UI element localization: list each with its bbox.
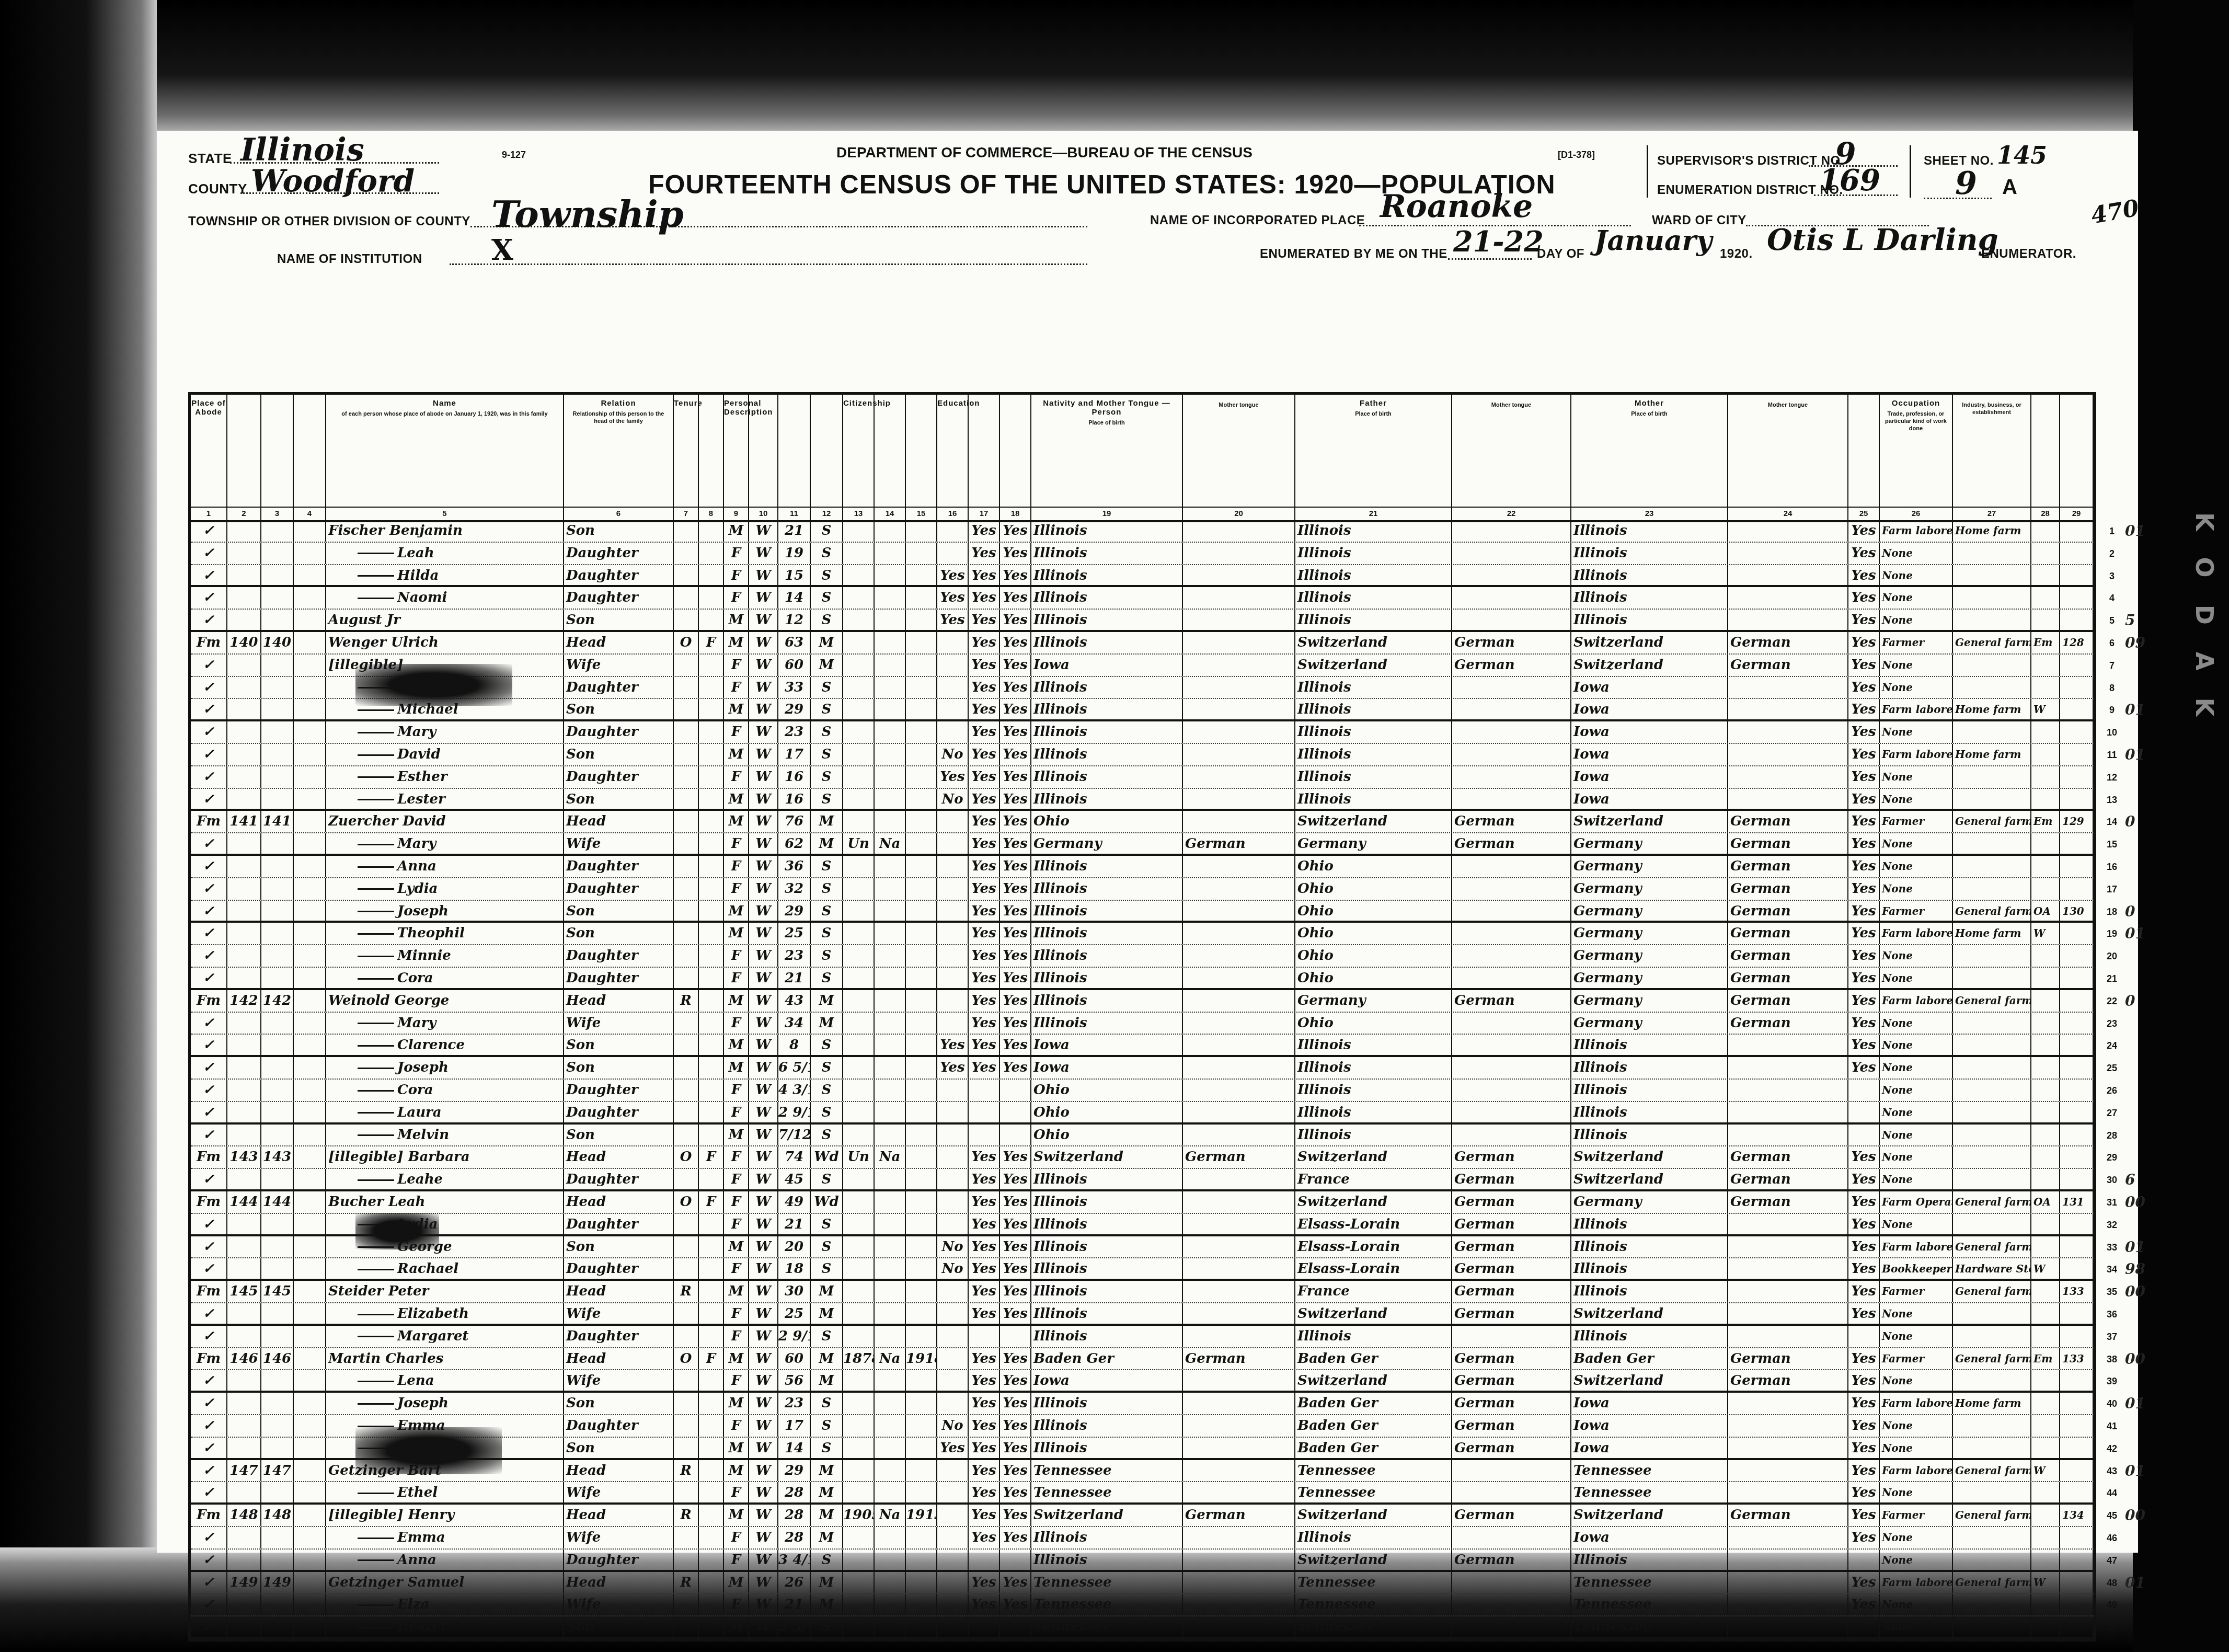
cell-farm — [2060, 543, 2094, 564]
cell-ms: S — [811, 1258, 843, 1279]
cell-farm — [2060, 923, 2094, 944]
cell-mt — [1183, 1393, 1295, 1414]
cell-fpb: Illinois — [1295, 699, 1452, 719]
column-group-label: Father — [1295, 395, 1451, 408]
cell-rd: Yes — [969, 520, 1000, 542]
cell-mmt — [1728, 1125, 1848, 1146]
cell-emp: OA — [2031, 901, 2060, 921]
column-number: 10 — [749, 507, 777, 518]
cell-sch: Yes — [937, 565, 969, 586]
form-code-right: [D1-378] — [1558, 150, 1595, 160]
cell-emp: W — [2031, 1572, 2060, 1593]
cell-fmt — [1452, 520, 1571, 542]
cell-fpb: Ohio — [1295, 878, 1452, 900]
cell-h: 140 — [227, 632, 261, 653]
cell-nat — [875, 721, 906, 743]
cell-name: Esther — [326, 766, 564, 788]
margin-code: 00 — [2125, 1191, 2167, 1213]
cell-mpb: Tennessee — [1571, 1616, 1728, 1637]
cell-mt — [1183, 1169, 1295, 1189]
cell-name: Laura — [326, 1102, 564, 1122]
cell-t — [674, 1258, 699, 1279]
column-header-9: Personal Description9 — [724, 395, 749, 520]
cell-emp — [2031, 744, 2060, 765]
cell-d — [261, 1214, 294, 1234]
cell-mmt — [1728, 610, 1848, 630]
column-header-8: 8 — [699, 395, 724, 520]
margin-code: 01 — [2125, 1572, 2167, 1594]
cell-sch: Yes — [937, 587, 969, 609]
cell-pb: Illinois — [1031, 923, 1183, 944]
cell-ind: General farm — [1953, 1460, 2031, 1482]
cell-rel: Daughter — [564, 1214, 674, 1234]
table-row: ✓DavidSonMW17SNoYesYesIllinoisIllinoisIo… — [191, 744, 2094, 766]
cell-wr: Yes — [1000, 655, 1031, 676]
cell-yn — [906, 901, 937, 921]
cell-fpb: Illinois — [1295, 543, 1452, 564]
cell-name: Ethel — [326, 1482, 564, 1502]
cell-rel: Son — [564, 744, 674, 765]
cell-h — [227, 1258, 261, 1279]
cell-rel: Son — [564, 1438, 674, 1458]
cell-farm — [2060, 1013, 2094, 1034]
cell-race: W — [749, 1281, 778, 1302]
cell-mmt — [1728, 565, 1848, 586]
cell-emp — [2031, 1393, 2060, 1414]
cell-fmt — [1452, 856, 1571, 877]
cell-f — [294, 677, 326, 698]
cell-fmt — [1452, 543, 1571, 564]
cell-occ: None — [1880, 945, 1953, 967]
cell-pb: Germany — [1031, 833, 1183, 854]
cell-eng: Yes — [1848, 543, 1880, 564]
table-row: ✓August JrSonMW12SYesYesYesIllinoisIllin… — [191, 610, 2094, 632]
column-label — [674, 408, 698, 414]
cell-pb: Illinois — [1031, 766, 1183, 788]
cell-fmt — [1452, 1594, 1571, 1615]
cell-ms: S — [811, 1550, 843, 1570]
cell-t — [674, 945, 699, 967]
cell-occ: None — [1880, 856, 1953, 877]
cell-ind — [1953, 1482, 2031, 1502]
cell-nat — [875, 856, 906, 877]
cell-t — [674, 610, 699, 630]
cell-t — [674, 1326, 699, 1347]
line-number: 45 — [2101, 1505, 2122, 1527]
cell-age: 36 — [778, 856, 811, 877]
line-number: 5 — [2101, 610, 2122, 632]
cell-t — [674, 1482, 699, 1502]
cell-ind — [1953, 1057, 2031, 1079]
cell-m — [699, 766, 724, 788]
cell-t: R — [674, 1460, 699, 1482]
cell-yn — [906, 721, 937, 743]
cell-sch — [937, 833, 969, 854]
table-row: ✓MargaretDaughterFW2 9/12SIllinoisIllino… — [191, 1326, 2094, 1348]
cell-yi — [843, 1035, 875, 1055]
ditto-dash — [358, 732, 394, 733]
cell-occ: None — [1880, 543, 1953, 564]
cell-fpb: Switzerland — [1295, 811, 1452, 832]
cell-t — [674, 1236, 699, 1258]
cell-m — [699, 1169, 724, 1189]
cell-d — [261, 1616, 294, 1637]
cell-mpb: Iowa — [1571, 1415, 1728, 1437]
column-header-16: Education16 — [937, 395, 969, 520]
cell-wr — [1000, 1326, 1031, 1347]
cell-t — [674, 587, 699, 609]
cell-rel: Son — [564, 520, 674, 542]
column-label — [778, 399, 810, 405]
cell-f — [294, 811, 326, 832]
cell-f — [294, 721, 326, 743]
cell-mmt — [1728, 1236, 1848, 1258]
ditto-dash — [358, 1627, 394, 1628]
cell-h — [227, 1482, 261, 1502]
cell-wr: Yes — [1000, 833, 1031, 854]
cell-ind — [1953, 655, 2031, 676]
cell-wr: Yes — [1000, 923, 1031, 944]
cell-rel: Daughter — [564, 856, 674, 877]
cell-mt — [1183, 968, 1295, 988]
cell-race: W — [749, 901, 778, 921]
cell-mmt: German — [1728, 833, 1848, 854]
cell-name: Theophil — [326, 923, 564, 944]
cell-st: ✓ — [191, 655, 227, 676]
cell-yn — [906, 1281, 937, 1302]
cell-sch — [937, 520, 969, 542]
column-group-label — [969, 395, 999, 399]
cell-sch — [937, 1594, 969, 1615]
cell-fpb: Tennessee — [1295, 1572, 1452, 1593]
cell-h — [227, 655, 261, 676]
cell-mt — [1183, 1080, 1295, 1101]
cell-t — [674, 1393, 699, 1414]
cell-yn — [906, 923, 937, 944]
cell-fpb: Elsass-Lorain — [1295, 1258, 1452, 1279]
cell-rd: Yes — [969, 1146, 1000, 1168]
cell-mmt — [1728, 1460, 1848, 1482]
cell-sex: M — [724, 1393, 749, 1414]
cell-rd: Yes — [969, 587, 1000, 609]
cell-rel: Head — [564, 1505, 674, 1526]
cell-nat: Na — [875, 1505, 906, 1526]
cell-sch — [937, 901, 969, 921]
cell-f — [294, 1616, 326, 1637]
cell-rel: Daughter — [564, 1550, 674, 1570]
cell-sex: F — [724, 1214, 749, 1234]
cell-ind — [1953, 856, 2031, 877]
cell-d — [261, 945, 294, 967]
line-number: 28 — [2101, 1125, 2122, 1146]
cell-sch — [937, 1616, 969, 1637]
cell-sch — [937, 945, 969, 967]
cell-st: ✓ — [191, 1236, 227, 1258]
cell-farm — [2060, 1035, 2094, 1055]
column-header-27: Industry, business, or establishment27 — [1953, 395, 2031, 520]
column-label — [724, 417, 748, 423]
cell-eng: Yes — [1848, 766, 1880, 788]
cell-pb: Illinois — [1031, 1281, 1183, 1302]
cell-occ: None — [1880, 789, 1953, 809]
cell-race: W — [749, 744, 778, 765]
cell-rd: Yes — [969, 632, 1000, 653]
township-label: Township or other division of county — [188, 214, 470, 229]
cell-yn — [906, 789, 937, 809]
cell-mpb: Germany — [1571, 990, 1728, 1012]
cell-occ: None — [1880, 1550, 1953, 1570]
cell-f — [294, 1035, 326, 1055]
column-header-29: 29 — [2060, 395, 2094, 520]
cell-age: 28 — [778, 1505, 811, 1526]
cell-m — [699, 1393, 724, 1414]
cell-st: ✓ — [191, 1550, 227, 1570]
cell-rd: Yes — [969, 1214, 1000, 1234]
cell-yn — [906, 1527, 937, 1548]
cell-h — [227, 587, 261, 609]
cell-mmt — [1728, 1572, 1848, 1593]
ditto-dash — [358, 799, 394, 800]
cell-nat — [875, 878, 906, 900]
cell-m: F — [699, 1348, 724, 1370]
cell-farm — [2060, 744, 2094, 765]
margin-code: 01 — [2125, 520, 2167, 542]
cell-name: Getzinger Samuel — [326, 1572, 564, 1593]
cell-emp — [2031, 1370, 2060, 1391]
cell-farm: 131 — [2060, 1191, 2094, 1213]
cell-nat — [875, 699, 906, 719]
cell-f — [294, 1281, 326, 1302]
cell-fmt — [1452, 1460, 1571, 1482]
cell-m — [699, 1460, 724, 1482]
cell-d: 147 — [261, 1460, 294, 1482]
cell-t — [674, 1080, 699, 1101]
line-number: 48 — [2101, 1572, 2122, 1594]
cell-race: W — [749, 699, 778, 719]
column-group-label — [778, 395, 810, 399]
cell-fmt — [1452, 587, 1571, 609]
cell-rel: Son — [564, 789, 674, 809]
cell-name: Wenger Ulrich — [326, 632, 564, 653]
film-edge-text: KODAK — [2190, 512, 2219, 743]
cell-eng: Yes — [1848, 1348, 1880, 1370]
cell-sch — [937, 1146, 969, 1168]
cell-mmt — [1728, 1616, 1848, 1637]
cell-rel: Head — [564, 1281, 674, 1302]
cell-fmt: German — [1452, 1438, 1571, 1458]
cell-wr: Yes — [1000, 677, 1031, 698]
cell-mmt — [1728, 1035, 1848, 1055]
table-row: ✓LeahDaughterFW19SYesYesIllinoisIllinois… — [191, 543, 2094, 565]
cell-race: W — [749, 766, 778, 788]
cell-fpb: Switzerland — [1295, 1303, 1452, 1324]
cell-m — [699, 1438, 724, 1458]
table-row: ✓LeaheDaughterFW45SYesYesIllinoisFranceG… — [191, 1169, 2094, 1191]
cell-wr — [1000, 1550, 1031, 1570]
column-number: 25 — [1848, 507, 1879, 518]
cell-ms: S — [811, 1080, 843, 1101]
cell-rd — [969, 1550, 1000, 1570]
cell-mpb: Switzerland — [1571, 1303, 1728, 1324]
cell-nat — [875, 1482, 906, 1502]
cell-ms: M — [811, 1303, 843, 1324]
cell-st: ✓ — [191, 766, 227, 788]
ditto-dash — [358, 956, 394, 957]
cell-emp — [2031, 1057, 2060, 1079]
cell-d — [261, 1550, 294, 1570]
cell-nat — [875, 811, 906, 832]
cell-mmt — [1728, 789, 1848, 809]
cell-fmt: German — [1452, 990, 1571, 1012]
cell-occ: None — [1880, 1013, 1953, 1034]
cell-ind: Home farm — [1953, 744, 2031, 765]
county-value: Woodford — [251, 163, 415, 199]
line-number: 33 — [2101, 1236, 2122, 1258]
cell-d — [261, 655, 294, 676]
cell-farm: 129 — [2060, 811, 2094, 832]
cell-h — [227, 1370, 261, 1391]
cell-race: W — [749, 856, 778, 877]
column-group-label — [2060, 395, 2093, 399]
cell-name: Cora — [326, 968, 564, 988]
cell-m — [699, 1057, 724, 1079]
cell-nat — [875, 1281, 906, 1302]
cell-yi — [843, 610, 875, 630]
cell-sex: F — [724, 945, 749, 967]
cell-mmt: German — [1728, 990, 1848, 1012]
cell-mpb: Iowa — [1571, 677, 1728, 698]
cell-occ: None — [1880, 1438, 1953, 1458]
column-label: of each person whose place of abode on J… — [326, 408, 563, 421]
cell-occ: Farmer — [1880, 1505, 1953, 1526]
margin-code: 01 — [2125, 744, 2167, 766]
cell-ms: S — [811, 1415, 843, 1437]
cell-pb: Illinois — [1031, 990, 1183, 1012]
cell-farm: 133 — [2060, 1281, 2094, 1302]
cell-name: Anna — [326, 1550, 564, 1570]
cell-rel: Son — [564, 923, 674, 944]
cell-sex: F — [724, 1303, 749, 1324]
cell-age: 2 9/12 — [778, 1102, 811, 1122]
cell-occ: None — [1880, 1035, 1953, 1055]
column-header-11: 11 — [778, 395, 811, 520]
cell-mpb: Tennessee — [1571, 1460, 1728, 1482]
column-group-label: Mother — [1571, 395, 1727, 408]
cell-st: ✓ — [191, 1616, 227, 1637]
cell-age: 17 — [778, 744, 811, 765]
cell-f — [294, 543, 326, 564]
cell-nat — [875, 1594, 906, 1615]
cell-name: Lydia — [326, 878, 564, 900]
column-number: 8 — [699, 507, 723, 518]
cell-rel: Daughter — [564, 878, 674, 900]
cell-ind — [1953, 1125, 2031, 1146]
cell-farm — [2060, 856, 2094, 877]
cell-f — [294, 587, 326, 609]
column-header-25: 25 — [1848, 395, 1880, 520]
cell-wr: Yes — [1000, 1303, 1031, 1324]
cell-occ: None — [1880, 1080, 1953, 1101]
cell-emp — [2031, 945, 2060, 967]
cell-race: W — [749, 721, 778, 743]
cell-rel: Daughter — [564, 1326, 674, 1347]
cell-fmt — [1452, 766, 1571, 788]
cell-rd: Yes — [969, 990, 1000, 1012]
cell-race: W — [749, 1236, 778, 1258]
cell-emp — [2031, 766, 2060, 788]
cell-fpb: Illinois — [1295, 1080, 1452, 1101]
cell-sex: M — [724, 990, 749, 1012]
cell-f — [294, 1326, 326, 1347]
cell-sex: F — [724, 1370, 749, 1391]
cell-mmt: German — [1728, 811, 1848, 832]
line-number: 30 — [2101, 1169, 2122, 1191]
column-number: 14 — [875, 507, 905, 518]
line-number: 26 — [2101, 1080, 2122, 1102]
cell-fpb: Germany — [1295, 833, 1452, 854]
cell-occ: None — [1880, 721, 1953, 743]
cell-pb: Tennessee — [1031, 1616, 1183, 1637]
cell-fmt — [1452, 1527, 1571, 1548]
cell-ind — [1953, 565, 2031, 586]
column-group-label: Relation — [564, 395, 673, 408]
cell-rd: Yes — [969, 1505, 1000, 1526]
cell-emp — [2031, 1013, 2060, 1034]
line-number: 17 — [2101, 878, 2122, 900]
cell-rel: Son — [564, 1057, 674, 1079]
cell-mpb: Tennessee — [1571, 1482, 1728, 1502]
cell-age: 12 — [778, 610, 811, 630]
cell-farm — [2060, 945, 2094, 967]
cell-pb: Illinois — [1031, 1214, 1183, 1234]
cell-mt — [1183, 856, 1295, 877]
cell-rd: Yes — [969, 833, 1000, 854]
cell-occ: None — [1880, 1102, 1953, 1122]
cell-eng: Yes — [1848, 1057, 1880, 1079]
cell-occ: Bookkeeper — [1880, 1258, 1953, 1279]
cell-farm — [2060, 1125, 2094, 1146]
table-row: ✓JosephSonMW23SYesYesIllinoisBaden GerGe… — [191, 1393, 2094, 1415]
table-row: ✓LenaWifeFW56MYesYesIowaSwitzerlandGerma… — [191, 1370, 2094, 1393]
cell-d — [261, 587, 294, 609]
cell-m — [699, 520, 724, 542]
cell-yi — [843, 789, 875, 809]
margin-code: 00 — [2125, 1348, 2167, 1370]
cell-sch — [937, 1080, 969, 1101]
cell-mmt — [1728, 1482, 1848, 1502]
cell-rel: Wife — [564, 833, 674, 854]
cell-f — [294, 1080, 326, 1101]
cell-ms: S — [811, 543, 843, 564]
cell-pb: Illinois — [1031, 699, 1183, 719]
cell-race: W — [749, 1505, 778, 1526]
cell-mpb: Germany — [1571, 856, 1728, 877]
cell-mpb: Iowa — [1571, 1438, 1728, 1458]
cell-nat — [875, 990, 906, 1012]
cell-sch — [937, 1482, 969, 1502]
cell-farm — [2060, 1236, 2094, 1258]
column-number: 29 — [2060, 507, 2093, 518]
cell-fpb: Illinois — [1295, 1125, 1452, 1146]
cell-eng: Yes — [1848, 565, 1880, 586]
margin-code: 09 — [2125, 632, 2167, 654]
cell-rel: Son — [564, 610, 674, 630]
cell-d — [261, 677, 294, 698]
cell-yn — [906, 1102, 937, 1122]
cell-pb: Illinois — [1031, 610, 1183, 630]
cell-nat — [875, 901, 906, 921]
cell-mmt: German — [1728, 856, 1848, 877]
